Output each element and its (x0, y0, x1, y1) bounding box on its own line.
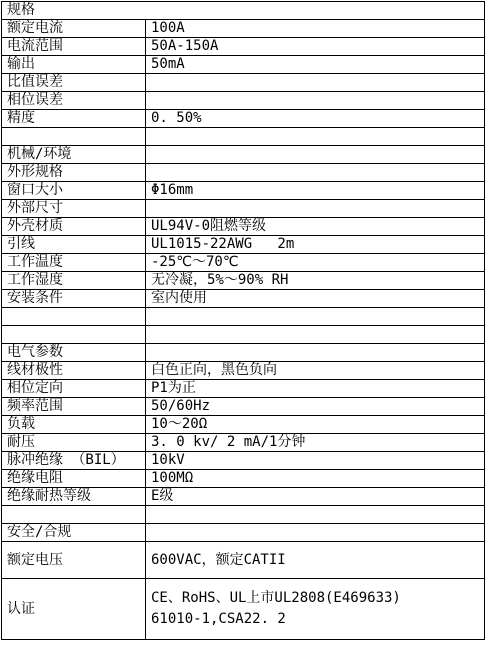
spec-row: 引线UL1015-22AWG 2m (2, 236, 485, 254)
spec-row: 外壳材质UL94V-0阻燃等级 (2, 218, 485, 236)
blank-row (2, 506, 485, 524)
blank-row (2, 308, 485, 326)
spec-value: 50A-150A (146, 38, 485, 56)
spec-label: 相位误差 (2, 92, 146, 110)
spec-value: 10～20Ω (146, 416, 485, 434)
spec-row: 额定电流100A (2, 20, 485, 38)
spec-value: E级 (146, 488, 485, 506)
spec-value: 600VAC，额定CATII (146, 542, 485, 579)
spec-value: 50mA (146, 56, 485, 74)
spec-value (146, 344, 485, 362)
section-row: 机械/环境 (2, 146, 485, 164)
section-title: 规格 (2, 2, 485, 20)
spec-label: 相位定向 (2, 380, 146, 398)
spec-label: 电流范围 (2, 38, 146, 56)
blank-row (2, 128, 485, 146)
spec-value: UL94V-0阻燃等级 (146, 218, 485, 236)
spec-label: 外壳材质 (2, 218, 146, 236)
spec-row: 额定电压600VAC，额定CATII (2, 542, 485, 579)
spec-row: 绝缘耐热等级E级 (2, 488, 485, 506)
spec-label: 频率范围 (2, 398, 146, 416)
spec-label (2, 326, 146, 344)
spec-label: 线材极性 (2, 362, 146, 380)
spec-value (146, 200, 485, 218)
spec-row: 比值误差 (2, 74, 485, 92)
spec-label: 引线 (2, 236, 146, 254)
spec-label: 绝缘电阻 (2, 470, 146, 488)
spec-label: 输出 (2, 56, 146, 74)
spec-value (146, 506, 485, 524)
blank-row (2, 326, 485, 344)
spec-label: 负载 (2, 416, 146, 434)
spec-value (146, 308, 485, 326)
spec-row: 相位误差 (2, 92, 485, 110)
spec-value: -25℃～70℃ (146, 254, 485, 272)
spec-row: 精度0. 50% (2, 110, 485, 128)
spec-value: P1为正 (146, 380, 485, 398)
spec-row: 输出50mA (2, 56, 485, 74)
spec-row: 负载10～20Ω (2, 416, 485, 434)
spec-value: UL1015-22AWG 2m (146, 236, 485, 254)
section-row: 安全/合规 (2, 524, 485, 542)
spec-row: 外部尺寸 (2, 200, 485, 218)
spec-row: 脉冲绝缘 （BIL）10kV (2, 452, 485, 470)
spec-label (2, 308, 146, 326)
spec-value (146, 326, 485, 344)
spec-row: 线材极性白色正向，黑色负向 (2, 362, 485, 380)
spec-label: 脉冲绝缘 （BIL） (2, 452, 146, 470)
spec-row: 频率范围50/60Hz (2, 398, 485, 416)
spec-label: 窗口大小 (2, 182, 146, 200)
spec-value (146, 128, 485, 146)
spec-label: 精度 (2, 110, 146, 128)
spec-label: 工作温度 (2, 254, 146, 272)
spec-table: 规格额定电流100A电流范围50A-150A输出50mA比值误差相位误差精度0.… (1, 1, 485, 640)
spec-value: 无冷凝，5%～90% RH (146, 272, 485, 290)
spec-value: 室内使用 (146, 290, 485, 308)
spec-row: 工作湿度无冷凝，5%～90% RH (2, 272, 485, 290)
spec-label: 额定电流 (2, 20, 146, 38)
spec-row: 认证CE、RoHS、UL上市UL2808(E469633) 61010-1,CS… (2, 579, 485, 640)
spec-row: 电流范围50A-150A (2, 38, 485, 56)
spec-value: 50/60Hz (146, 398, 485, 416)
spec-label: 认证 (2, 579, 146, 640)
spec-row: 绝缘电阻100MΩ (2, 470, 485, 488)
spec-label (2, 128, 146, 146)
spec-row: 安装条件室内使用 (2, 290, 485, 308)
spec-row: 相位定向P1为正 (2, 380, 485, 398)
spec-row: 工作温度-25℃～70℃ (2, 254, 485, 272)
spec-value: 100A (146, 20, 485, 38)
spec-value (146, 74, 485, 92)
spec-row: 窗口大小Φ16mm (2, 182, 485, 200)
spec-label: 额定电压 (2, 542, 146, 579)
spec-value: 0. 50% (146, 110, 485, 128)
section-row: 电气参数 (2, 344, 485, 362)
section-title: 电气参数 (2, 344, 146, 362)
section-title: 安全/合规 (2, 524, 146, 542)
spec-label (2, 506, 146, 524)
spec-label: 外部尺寸 (2, 200, 146, 218)
section-title: 机械/环境 (2, 146, 146, 164)
spec-label: 比值误差 (2, 74, 146, 92)
spec-value: 100MΩ (146, 470, 485, 488)
spec-value (146, 524, 485, 542)
spec-label: 绝缘耐热等级 (2, 488, 146, 506)
spec-value: CE、RoHS、UL上市UL2808(E469633) 61010-1,CSA2… (146, 579, 485, 640)
section-row: 规格 (2, 2, 485, 20)
spec-table-body: 规格额定电流100A电流范围50A-150A输出50mA比值误差相位误差精度0.… (2, 2, 485, 640)
spec-row: 外形规格 (2, 164, 485, 182)
spec-value (146, 146, 485, 164)
spec-label: 耐压 (2, 434, 146, 452)
spec-value (146, 92, 485, 110)
spec-label: 外形规格 (2, 164, 146, 182)
spec-label: 安装条件 (2, 290, 146, 308)
spec-row: 耐压3. 0 kv/ 2 mA/1分钟 (2, 434, 485, 452)
spec-value: 3. 0 kv/ 2 mA/1分钟 (146, 434, 485, 452)
spec-value: 白色正向，黑色负向 (146, 362, 485, 380)
spec-value (146, 164, 485, 182)
spec-value: Φ16mm (146, 182, 485, 200)
spec-label: 工作湿度 (2, 272, 146, 290)
spec-value: 10kV (146, 452, 485, 470)
